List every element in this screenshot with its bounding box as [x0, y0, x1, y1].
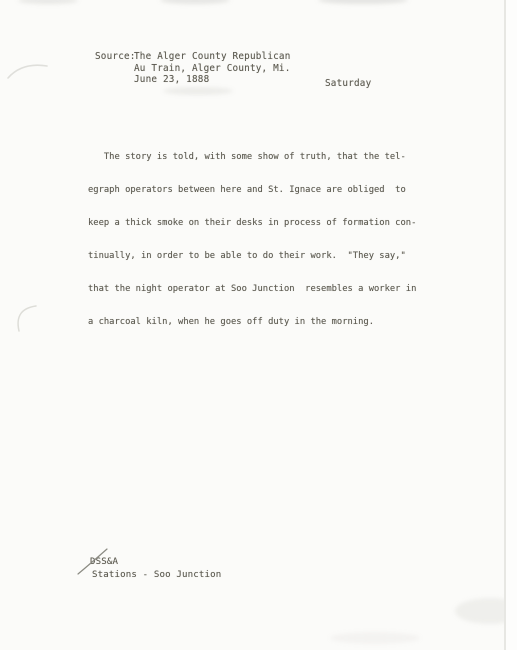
- publication-title: The Alger County Republican: [134, 51, 291, 63]
- publication-location: Au Train, Alger County, Mi.: [134, 63, 291, 75]
- article-line: that the night operator at Soo Junction …: [88, 284, 416, 295]
- scan-smudge: [330, 632, 420, 644]
- scanned-document-page: Source: The Alger County Republican Au T…: [0, 0, 517, 650]
- publication-date: June 23, 1888: [134, 74, 209, 86]
- article-line: a charcoal kiln, when he goes off duty i…: [88, 317, 416, 328]
- article-line: egraph operators between here and St. Ig…: [88, 185, 416, 196]
- article-line: tinually, in order to be able to do thei…: [88, 251, 416, 262]
- scan-smudge: [160, 0, 230, 4]
- paper-edge-margin: [506, 0, 517, 650]
- article-line: keep a thick smoke on their desks in pro…: [88, 218, 416, 229]
- source-label: Source:: [95, 51, 136, 63]
- scan-smudge: [163, 87, 233, 95]
- pencil-mark-upper-left: [8, 65, 47, 78]
- scan-smudge: [18, 0, 78, 4]
- subject-line: Stations - Soo Junction: [92, 569, 221, 581]
- article-paragraph: The story is told, with some show of tru…: [88, 130, 416, 350]
- pencil-mark-mid-left: [18, 306, 36, 331]
- railroad-code: DSS&A: [90, 556, 118, 568]
- article-line: The story is told, with some show of tru…: [88, 152, 416, 163]
- weekday-label: Saturday: [325, 78, 371, 90]
- scan-smudge: [318, 0, 408, 4]
